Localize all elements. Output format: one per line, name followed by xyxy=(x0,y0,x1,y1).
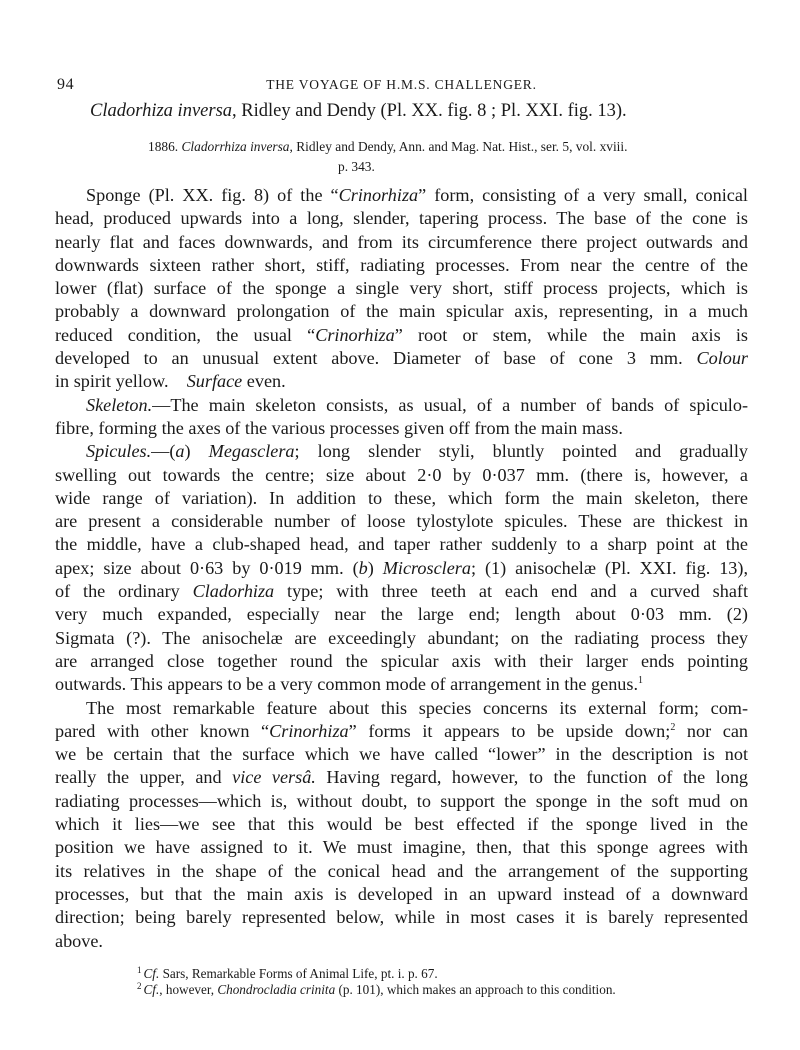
synonymy-name: Cladorrhiza inversa xyxy=(182,139,290,154)
footnote-cf: Cf. xyxy=(144,966,160,981)
text-line: pared with other known “Crinorhiza” form… xyxy=(55,720,748,743)
footnotes: 1Cf. Sars, Remarkable Forms of Animal Li… xyxy=(137,966,697,998)
footnote-text: , however, xyxy=(159,982,217,997)
body-text: Sponge (Pl. XX. fig. 8) of the “Crinorhi… xyxy=(55,184,748,953)
text-line: Skeleton.—The main skeleton consists, as… xyxy=(55,394,748,417)
text-span: pared with other known “ xyxy=(55,721,269,741)
text-span: ” root or stem, while the main axis is xyxy=(395,325,748,345)
text-span: type; with three teeth at each end and a… xyxy=(274,581,748,601)
text-line: wide range of variation). In addition to… xyxy=(55,487,748,510)
footnote-text: Sars, Remarkable Forms of Animal Life, p… xyxy=(159,966,437,981)
text-line: Spicules.—(a) Megasclera; long slender s… xyxy=(55,440,748,463)
footnote-1: 1Cf. Sars, Remarkable Forms of Animal Li… xyxy=(137,966,697,982)
text-line: swelling out towards the centre; size ab… xyxy=(55,464,748,487)
text-line: head, produced upwards into a long, slen… xyxy=(55,207,748,230)
megasclera-label: Megasclera xyxy=(209,441,295,461)
footnote-2: 2Cf., however, Chondrocladia crinita (p.… xyxy=(137,982,697,998)
text-line: developed to an unusual extent above. Di… xyxy=(55,347,748,370)
text-line: we be certain that the surface which we … xyxy=(55,743,748,766)
text-line: really the upper, and vice versâ. Having… xyxy=(55,766,748,789)
text-line: position we have assigned to it. We must… xyxy=(55,836,748,859)
text-span: reduced condition, the usual “ xyxy=(55,325,315,345)
microsclera-label: Microsclera xyxy=(383,558,471,578)
text-span: a xyxy=(175,441,184,461)
text-line: of the ordinary Cladorhiza type; with th… xyxy=(55,580,748,603)
text-span: even. xyxy=(242,371,285,391)
text-span: of the ordinary xyxy=(55,581,193,601)
surface-label: Surface xyxy=(187,371,243,391)
footnote-mark: 1 xyxy=(137,965,142,975)
paragraph-external-form: The most remarkable feature about this s… xyxy=(55,697,748,953)
text-line: direction; being barely represented belo… xyxy=(55,906,748,929)
text-line: which it lies—we see that this would be … xyxy=(55,813,748,836)
synonymy-line-2: p. 343. xyxy=(148,157,752,177)
text-span: really the upper, and xyxy=(55,767,232,787)
synonymy-line-1: 1886. Cladorrhiza inversa, Ridley and De… xyxy=(148,137,752,157)
text-line: radiating processes—which is, without do… xyxy=(55,790,748,813)
text-line: apex; size about 0·63 by 0·019 mm. (b) M… xyxy=(55,557,748,580)
text-line: Sponge (Pl. XX. fig. 8) of the “Crinorhi… xyxy=(55,184,748,207)
text-line: downwards sixteen rather short, stiff, r… xyxy=(55,254,748,277)
colour-label: Colour xyxy=(696,348,748,368)
footnote-cf: Cf. xyxy=(144,982,160,997)
species-heading: Cladorhiza inversa, Ridley and Dendy (Pl… xyxy=(90,101,627,122)
text-span: Having regard, however, to the function … xyxy=(316,767,748,787)
paragraph-spicules: Spicules.—(a) Megasclera; long slender s… xyxy=(55,440,748,696)
text-span: ” forms it appears to be upside down; xyxy=(349,721,671,741)
text-line: nearly flat and faces downwards, and fro… xyxy=(55,231,748,254)
footnote-mark: 2 xyxy=(137,981,142,991)
text-span: ) xyxy=(185,441,209,461)
text-line: reduced condition, the usual “Crinorhiza… xyxy=(55,324,748,347)
footnote-ref-1[interactable]: 1 xyxy=(638,675,643,686)
text-line: The most remarkable feature about this s… xyxy=(55,697,748,720)
text-line: in spirit yellow. Surface even. xyxy=(55,370,748,393)
footnote-text: (p. 101), which makes an approach to thi… xyxy=(335,982,616,997)
text-span: ) xyxy=(368,558,383,578)
text-line: probably a downward prolongation of the … xyxy=(55,300,748,323)
text-line: its relatives in the shape of the conica… xyxy=(55,860,748,883)
text-line: are arranged close together round the sp… xyxy=(55,650,748,673)
text-line: outwards. This appears to be a very comm… xyxy=(55,673,748,696)
text-span: apex; size about 0·63 by 0·019 mm. ( xyxy=(55,558,359,578)
footnote-species: Chondrocladia crinita xyxy=(217,982,335,997)
text-span: nor can xyxy=(675,721,748,741)
running-title: THE VOYAGE OF H.M.S. CHALLENGER. xyxy=(55,77,748,93)
paragraph-skeleton: Skeleton.—The main skeleton consists, as… xyxy=(55,394,748,441)
text-span: developed to an unusual extent above. Di… xyxy=(55,348,683,368)
section-label-skeleton: Skeleton. xyxy=(86,395,152,415)
synonymy-block: 1886. Cladorrhiza inversa, Ridley and De… xyxy=(148,137,752,177)
genus-name: Cladorhiza xyxy=(193,581,275,601)
text-line: Sigmata (?). The anisochelæ are exceedin… xyxy=(55,627,748,650)
document-page: 94 THE VOYAGE OF H.M.S. CHALLENGER. Clad… xyxy=(0,0,800,1050)
latin-phrase: vice versâ. xyxy=(232,767,316,787)
genus-name: Crinorhiza xyxy=(269,721,349,741)
synonymy-reference: , Ridley and Dendy, Ann. and Mag. Nat. H… xyxy=(290,139,628,154)
text-span: ” form, consisting of a very small, coni… xyxy=(418,185,748,205)
genus-name: Crinorhiza xyxy=(315,325,395,345)
synonymy-year: 1886. xyxy=(148,139,178,154)
section-label-spicules: Spicules. xyxy=(86,441,151,461)
text-span: b xyxy=(359,558,368,578)
text-line: very much expanded, especially near the … xyxy=(55,603,748,626)
text-line: the middle, have a club-shaped head, and… xyxy=(55,533,748,556)
text-line: are present a considerable number of loo… xyxy=(55,510,748,533)
text-span: Sponge (Pl. XX. fig. 8) of the “ xyxy=(86,185,339,205)
text-span: —The main skeleton consists, as usual, o… xyxy=(152,395,748,415)
text-span: outwards. This appears to be a very comm… xyxy=(55,674,638,694)
text-line: processes, but that the main axis is dev… xyxy=(55,883,748,906)
text-span: —( xyxy=(151,441,175,461)
paragraph-description: Sponge (Pl. XX. fig. 8) of the “Crinorhi… xyxy=(55,184,748,394)
running-header: 94 THE VOYAGE OF H.M.S. CHALLENGER. xyxy=(55,76,748,96)
text-line: lower (flat) surface of the sponge a sin… xyxy=(55,277,748,300)
species-heading-citation: , Ridley and Dendy (Pl. XX. fig. 8 ; Pl.… xyxy=(232,101,627,121)
species-name: Cladorhiza inversa xyxy=(90,101,232,121)
text-line: above. xyxy=(55,930,748,953)
text-span: ; long slender styli, bluntly pointed an… xyxy=(295,441,748,461)
genus-name: Crinorhiza xyxy=(339,185,419,205)
text-line: fibre, forming the axes of the various p… xyxy=(55,417,748,440)
text-span: ; (1) anisochelæ (Pl. XXI. fig. 13), xyxy=(471,558,748,578)
text-span: in spirit yellow. xyxy=(55,371,169,391)
